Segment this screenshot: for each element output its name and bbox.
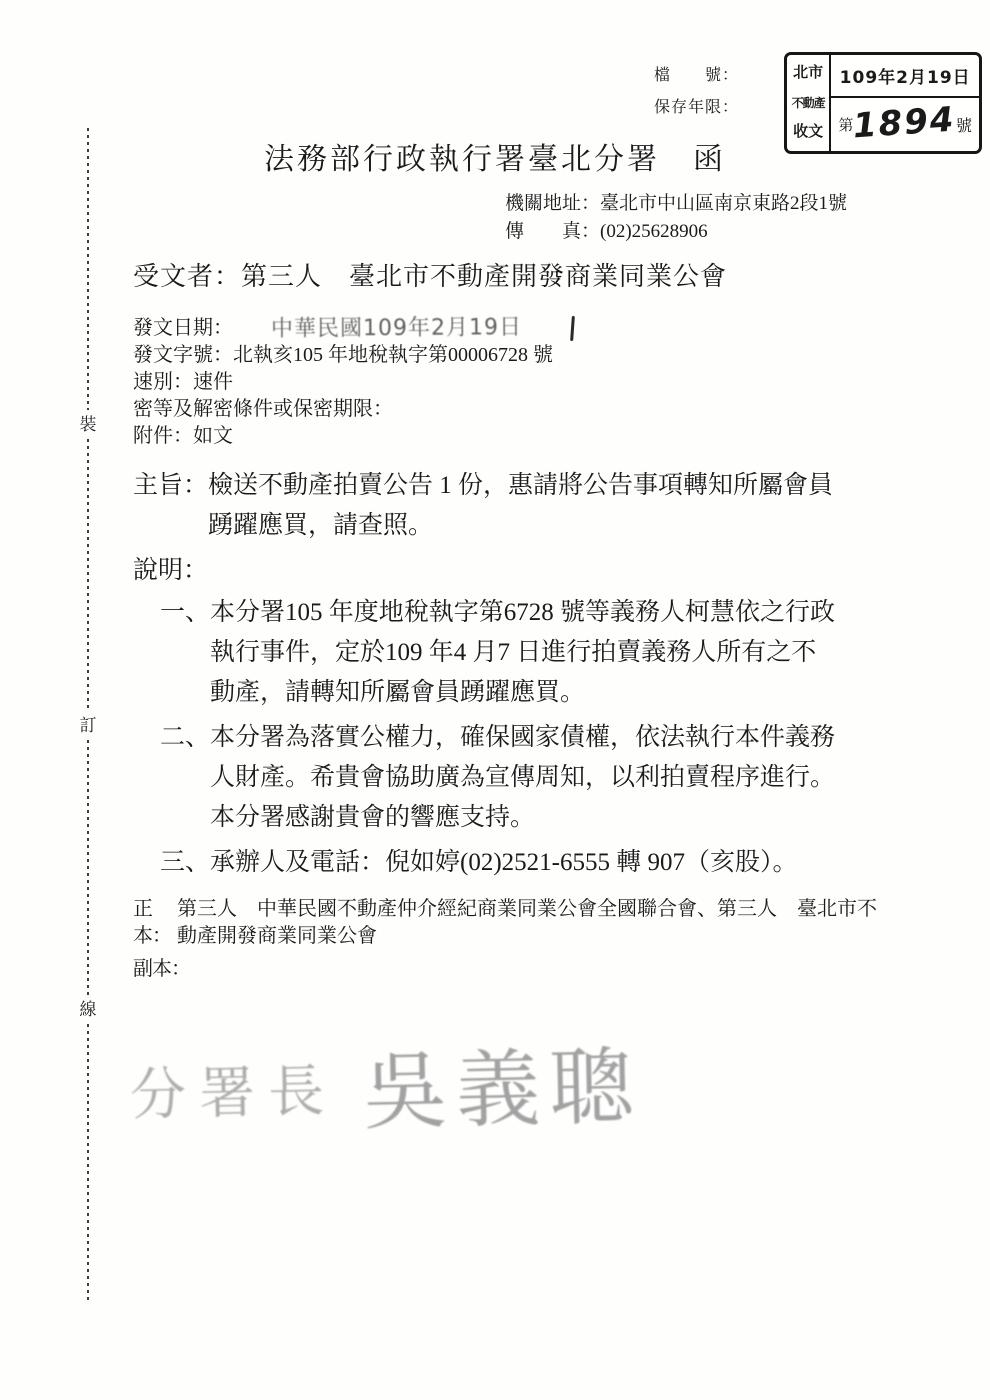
- scanned-official-letter: 裝 訂 線 檔 號： 保存年限： 北市 不動產 收文 109年2月19日 第 1…: [0, 0, 990, 1400]
- agency-fax-label: 傳 真：: [505, 221, 600, 242]
- stray-ink-mark: [570, 316, 575, 341]
- explanation-item-3: 三、 承辦人及電話：倪如婷(02)2521-6555 轉 907（亥股）。: [160, 843, 835, 883]
- item-number: 二、: [160, 718, 210, 838]
- signer-name: 吳義聰: [362, 1020, 643, 1147]
- agency-address-label: 機關地址：: [505, 193, 600, 214]
- explanation-items: 一、 本分署105 年度地稅執字第6728 號等義務人柯慧依之行政 執行事件，定…: [160, 593, 835, 888]
- cc-copy-label: 副本：: [133, 956, 877, 983]
- agency-address-row: 機關地址：臺北市中山區南京東路2段1號: [505, 190, 847, 218]
- attachment-row: 附件：如文: [133, 423, 553, 450]
- item-line: 本分署105 年度地稅執字第6728 號等義務人柯慧依之行政: [210, 593, 835, 633]
- agency-contact-block: 機關地址：臺北市中山區南京東路2段1號 傳 真：(02)25628906: [505, 190, 847, 245]
- recipient-row: 受文者：第三人 臺北市不動產開發商業同業公會: [133, 256, 727, 293]
- explanation-item-1: 一、 本分署105 年度地稅執字第6728 號等義務人柯慧依之行政 執行事件，定…: [160, 593, 835, 713]
- reference-number-value: 北執亥105 年地稅執字第00006728 號: [233, 344, 553, 366]
- security-label: 密等及解密條件或保密期限：: [133, 398, 393, 420]
- letter-metadata: 發文日期：中華民國109年2月19日 發文字號：北執亥105 年地稅執字第000…: [133, 314, 553, 450]
- item-number: 三、: [160, 843, 210, 883]
- explanation-label: 說明：: [133, 550, 208, 586]
- binding-dashed-line: [87, 740, 89, 995]
- item-line: 本分署感謝貴會的響應支持。: [210, 798, 835, 838]
- receive-stamp-org-line1: 北市: [793, 66, 823, 81]
- issue-date-label: 發文日期：: [133, 317, 233, 339]
- speed-value: 速件: [193, 371, 233, 393]
- item-text: 本分署105 年度地稅執字第6728 號等義務人柯慧依之行政 執行事件，定於10…: [210, 593, 835, 713]
- binding-dashed-line: [87, 1024, 89, 1303]
- recipient-label: 受文者：: [133, 262, 241, 291]
- attachment-label: 附件：: [133, 425, 193, 447]
- attachment-value: 如文: [193, 425, 233, 447]
- retention-period-label: 保存年限：: [654, 92, 739, 124]
- receive-number-suffix: 號: [956, 113, 972, 136]
- item-text: 承辦人及電話：倪如婷(02)2521-6555 轉 907（亥股）。: [210, 843, 797, 883]
- subject-line: 踴躍應買，請查照。: [208, 506, 833, 546]
- copies-section: 正本： 第三人 中華民國不動產仲介經紀商業同業公會全國聯合會、第三人 臺北市不 …: [133, 896, 877, 983]
- subject-label: 主旨：: [133, 466, 208, 546]
- subject-line: 檢送不動產拍賣公告 1 份，惠請將公告事項轉知所屬會員: [208, 466, 833, 506]
- security-row: 密等及解密條件或保密期限：: [133, 396, 553, 423]
- original-copy-line: 動產開發商業同業公會: [177, 923, 877, 950]
- document-title: 法務部行政執行署臺北分署 函: [30, 134, 960, 178]
- item-number: 一、: [160, 593, 210, 713]
- item-line: 本分署為落實公權力，確保國家債權，依法執行本件義務: [210, 718, 835, 758]
- binding-dashed-line: [87, 439, 89, 711]
- original-copy-recipients: 第三人 中華民國不動產仲介經紀商業同業公會全國聯合會、第三人 臺北市不 動產開發…: [177, 896, 877, 950]
- speed-row: 速別：速件: [133, 369, 553, 396]
- issue-date-stamp: 中華民國109年2月19日: [271, 314, 522, 343]
- subject-text: 檢送不動產拍賣公告 1 份，惠請將公告事項轉知所屬會員 踴躍應買，請查照。: [208, 466, 833, 546]
- binding-mark-zhuang: 裝: [80, 410, 97, 439]
- binding-mark-xian: 線: [80, 995, 97, 1024]
- item-line: 執行事件，定於109 年4 月7 日進行拍賣義務人所有之不: [210, 633, 835, 673]
- binding-rail: 裝 訂 線: [78, 128, 98, 1303]
- receive-stamp-date: 109年2月19日: [831, 55, 979, 98]
- item-line: 承辦人及電話：倪如婷(02)2521-6555 轉 907（亥股）。: [210, 843, 797, 883]
- reference-number-row: 發文字號：北執亥105 年地稅執字第00006728 號: [133, 342, 553, 369]
- signer-title: 分署長: [129, 1047, 338, 1131]
- explanation-item-2: 二、 本分署為落實公權力，確保國家債權，依法執行本件義務 人財產。希貴會協助廣為…: [160, 718, 835, 838]
- binding-mark-ding: 訂: [80, 711, 97, 740]
- item-line: 動產，請轉知所屬會員踴躍應買。: [210, 673, 835, 713]
- file-number-label: 檔 號：: [654, 60, 739, 92]
- agency-fax-row: 傳 真：(02)25628906: [505, 218, 847, 246]
- original-copy-label: 正本：: [133, 896, 177, 950]
- speed-label: 速別：: [133, 371, 193, 393]
- reference-number-label: 發文字號：: [133, 344, 233, 366]
- item-line: 人財產。希貴會協助廣為宣傳周知，以利拍賣程序進行。: [210, 758, 835, 798]
- agency-fax-value: (02)25628906: [600, 221, 708, 242]
- receive-number-prefix: 第: [838, 114, 853, 135]
- archival-labels: 檔 號： 保存年限：: [654, 60, 739, 124]
- subject-section: 主旨： 檢送不動產拍賣公告 1 份，惠請將公告事項轉知所屬會員 踴躍應買，請查照…: [133, 466, 833, 546]
- original-copy-row: 正本： 第三人 中華民國不動產仲介經紀商業同業公會全國聯合會、第三人 臺北市不 …: [133, 896, 877, 950]
- issue-date-row: 發文日期：中華民國109年2月19日: [133, 314, 553, 342]
- item-text: 本分署為落實公權力，確保國家債權，依法執行本件義務 人財產。希貴會協助廣為宣傳周…: [210, 718, 835, 838]
- original-copy-line: 第三人 中華民國不動產仲介經紀商業同業公會全國聯合會、第三人 臺北市不: [177, 896, 877, 923]
- receive-stamp-org-line2: 不動產: [792, 97, 825, 109]
- agency-address-value: 臺北市中山區南京東路2段1號: [600, 193, 847, 214]
- recipient-value: 第三人 臺北市不動產開發商業同業公會: [241, 262, 727, 291]
- signature-stamp: 分署長 吳義聰: [129, 1020, 643, 1152]
